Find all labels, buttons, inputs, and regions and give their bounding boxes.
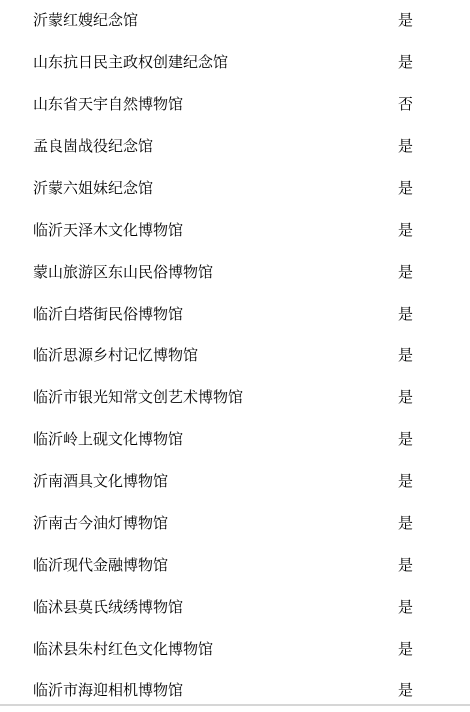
table-row: 临沂天泽木文化博物馆 是 (0, 209, 470, 251)
museum-name: 孟良崮战役纪念馆 (0, 139, 398, 154)
status-value: 是 (398, 13, 470, 28)
status-value: 是 (398, 642, 470, 657)
table-row: 山东抗日民主政权创建纪念馆 是 (0, 42, 470, 84)
status-value: 是 (398, 348, 470, 363)
status-value: 是 (398, 307, 470, 322)
museum-name: 临沂市海迎相机博物馆 (0, 683, 398, 698)
museum-name: 临沂现代金融博物馆 (0, 558, 398, 573)
status-value: 是 (398, 516, 470, 531)
museum-list-page: 沂蒙红嫂纪念馆 是 山东抗日民主政权创建纪念馆 是 山东省天宇自然博物馆 否 孟… (0, 0, 470, 712)
table-row: 孟良崮战役纪念馆 是 (0, 126, 470, 168)
museum-name: 沂蒙红嫂纪念馆 (0, 13, 398, 28)
table-row: 临沭县莫氏绒绣博物馆 是 (0, 586, 470, 628)
museum-table-body: 沂蒙红嫂纪念馆 是 山东抗日民主政权创建纪念馆 是 山东省天宇自然博物馆 否 孟… (0, 0, 470, 712)
status-value: 是 (398, 558, 470, 573)
table-row: 临沂思源乡村记忆博物馆 是 (0, 335, 470, 377)
museum-name: 临沭县莫氏绒绣博物馆 (0, 600, 398, 615)
museum-name: 临沂市银光知常文创艺术博物馆 (0, 390, 398, 405)
status-value: 是 (398, 390, 470, 405)
status-value: 是 (398, 223, 470, 238)
museum-name: 蒙山旅游区东山民俗博物馆 (0, 265, 398, 280)
table-row: 山东省天宇自然博物馆 否 (0, 84, 470, 126)
table-row: 沂南古今油灯博物馆 是 (0, 503, 470, 545)
status-value: 是 (398, 139, 470, 154)
table-row: 临沂现代金融博物馆 是 (0, 544, 470, 586)
status-value: 是 (398, 181, 470, 196)
museum-name: 临沂思源乡村记忆博物馆 (0, 348, 398, 363)
status-value: 是 (398, 600, 470, 615)
table-row: 临沭县朱村红色文化博物馆 是 (0, 628, 470, 670)
status-value: 否 (398, 97, 470, 112)
table-row: 沂蒙六姐妹纪念馆 是 (0, 168, 470, 210)
status-value: 是 (398, 683, 470, 698)
museum-name: 临沂岭上砚文化博物馆 (0, 432, 398, 447)
museum-name: 沂蒙六姐妹纪念馆 (0, 181, 398, 196)
table-row: 临沂白塔街民俗博物馆 是 (0, 293, 470, 335)
status-value: 是 (398, 432, 470, 447)
museum-name: 山东抗日民主政权创建纪念馆 (0, 55, 398, 70)
status-value: 是 (398, 474, 470, 489)
museum-name: 沂南古今油灯博物馆 (0, 516, 398, 531)
status-value: 是 (398, 265, 470, 280)
museum-name: 临沂天泽木文化博物馆 (0, 223, 398, 238)
museum-name: 山东省天宇自然博物馆 (0, 97, 398, 112)
table-row: 临沂岭上砚文化博物馆 是 (0, 419, 470, 461)
table-row: 临沂市银光知常文创艺术博物馆 是 (0, 377, 470, 419)
table-row: 沂南酒具文化博物馆 是 (0, 461, 470, 503)
table-row: 沂蒙红嫂纪念馆 是 (0, 0, 470, 42)
museum-name: 临沂白塔街民俗博物馆 (0, 307, 398, 322)
bottom-divider (0, 704, 470, 706)
museum-name: 临沭县朱村红色文化博物馆 (0, 642, 398, 657)
museum-name: 沂南酒具文化博物馆 (0, 474, 398, 489)
table-row: 蒙山旅游区东山民俗博物馆 是 (0, 251, 470, 293)
status-value: 是 (398, 55, 470, 70)
